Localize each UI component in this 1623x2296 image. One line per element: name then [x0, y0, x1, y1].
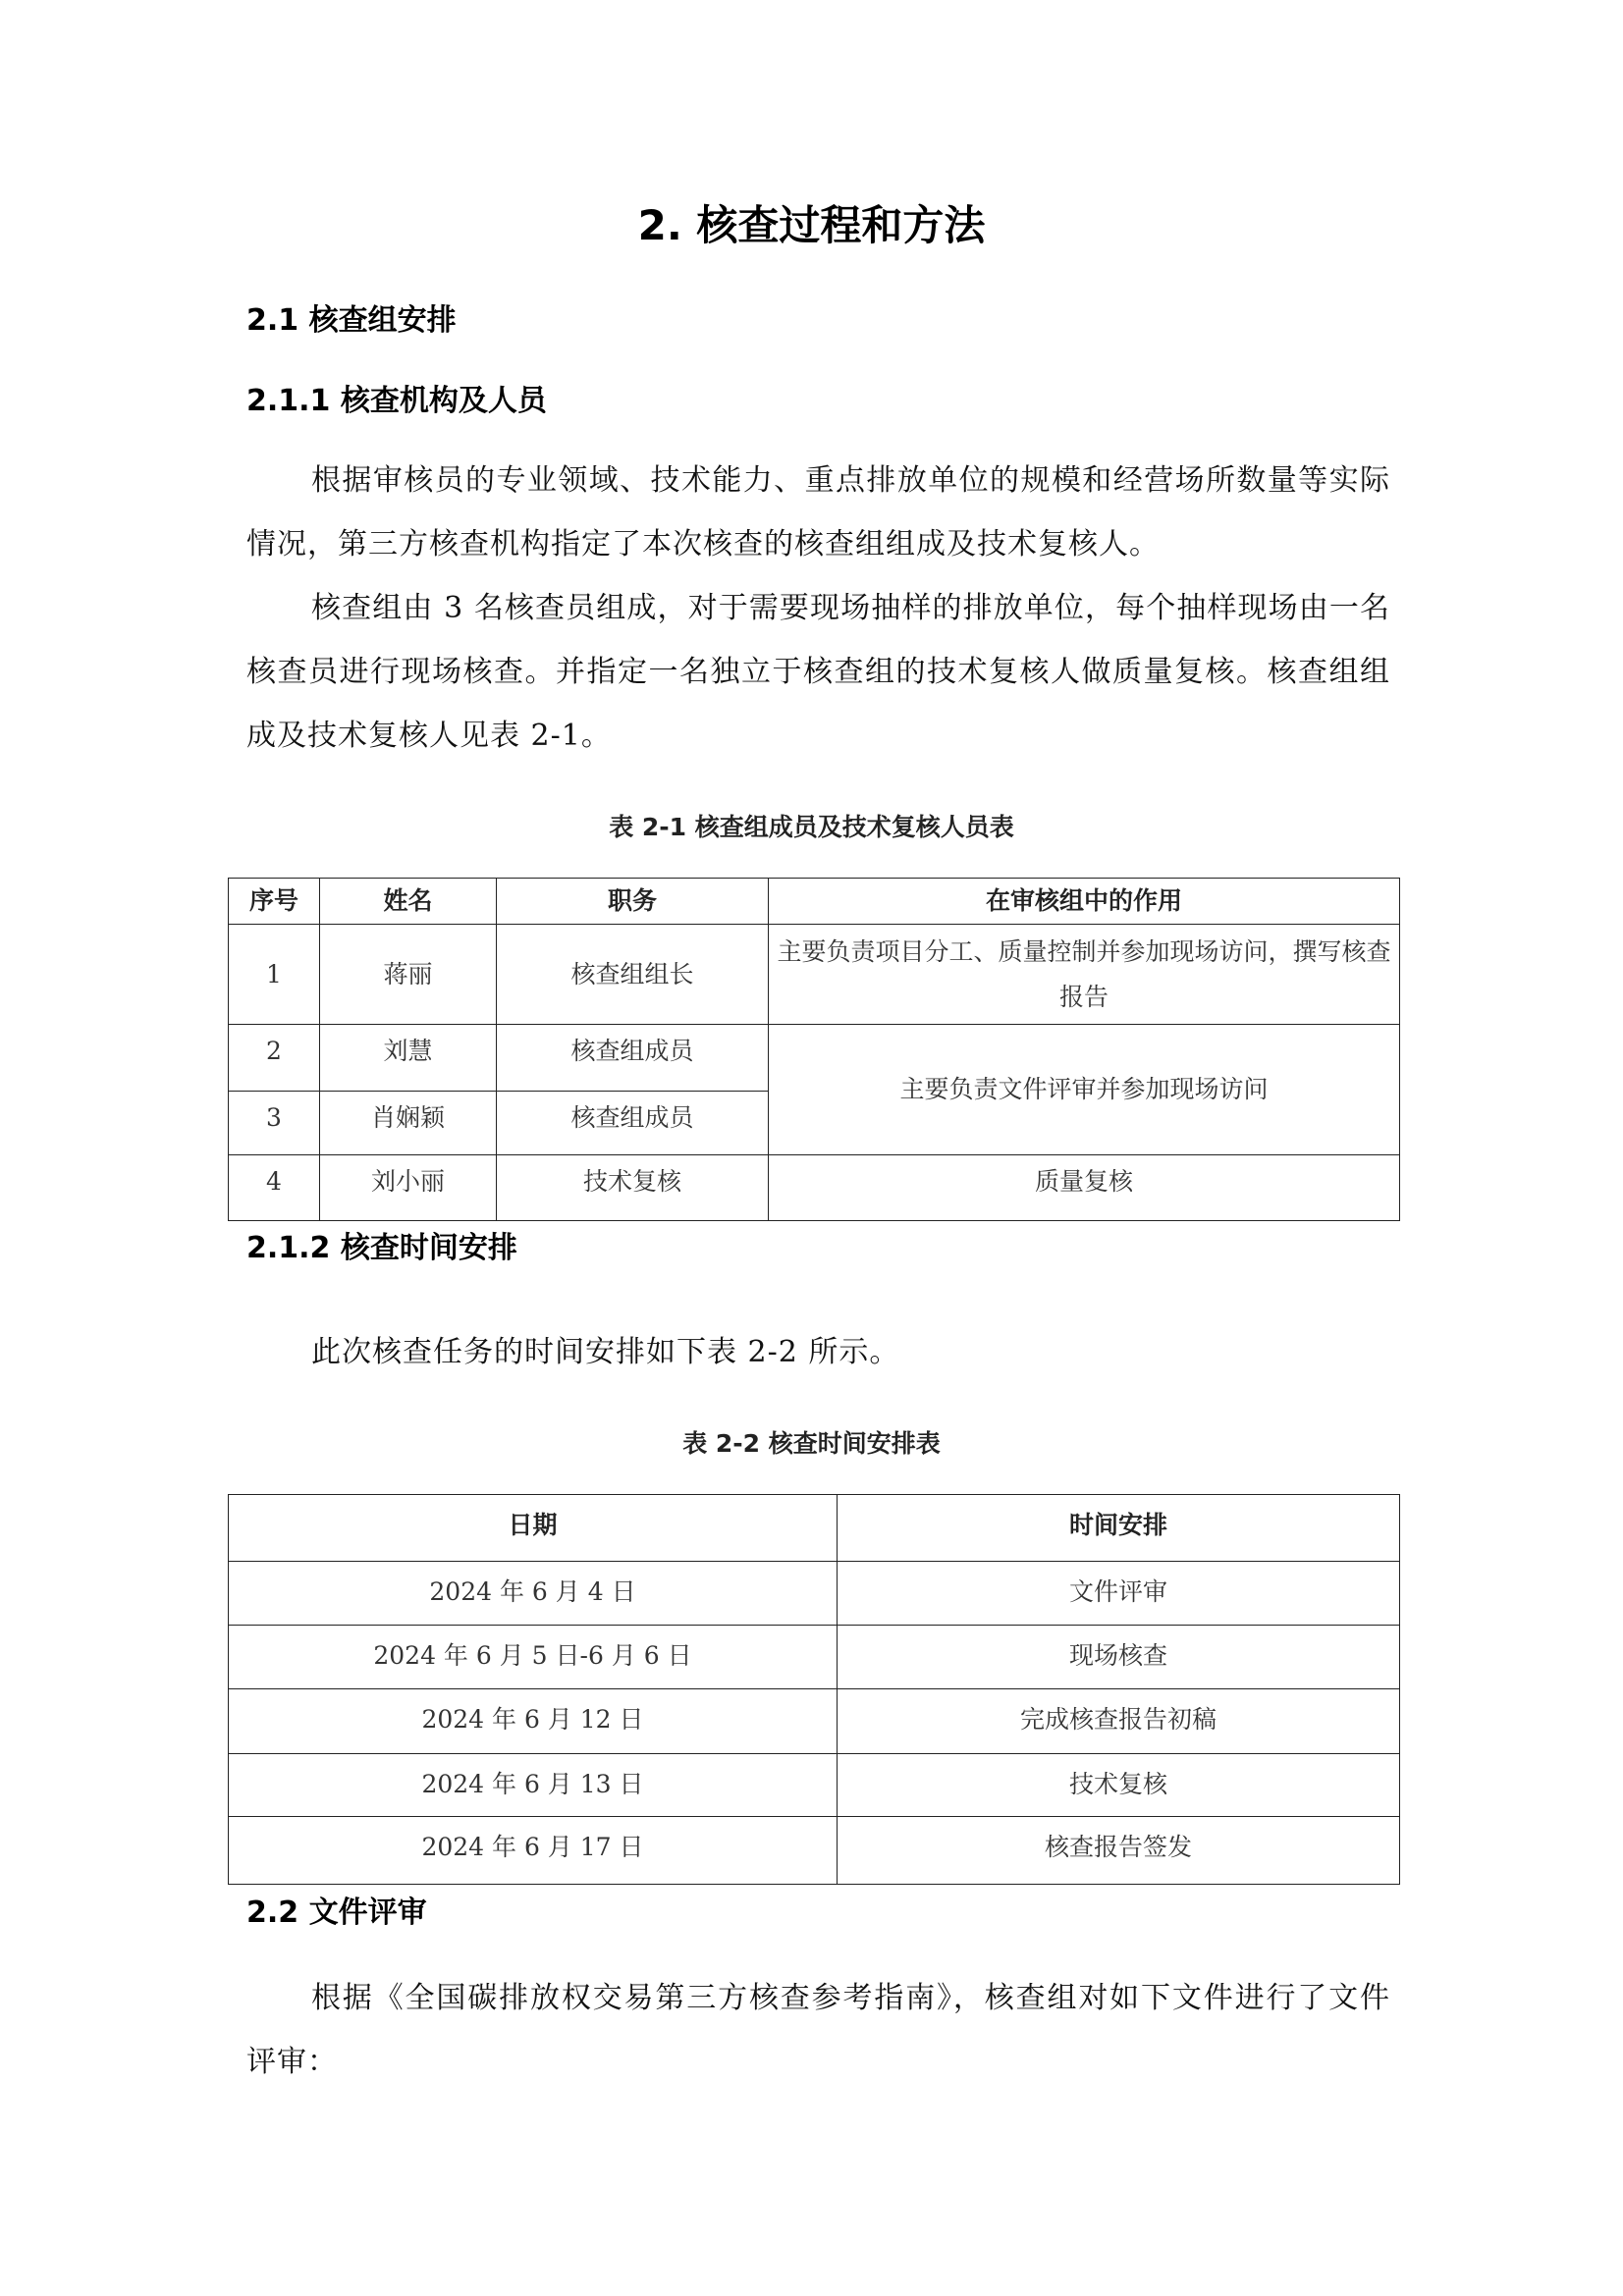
table-row: 4 刘小丽 技术复核 质量复核 [229, 1155, 1400, 1221]
table-row: 2024 年 6 月 5 日-6 月 6 日 现场核查 [229, 1626, 1400, 1689]
paragraph-document-review: 根据《全国碳排放权交易第三方核查参考指南》，核查组对如下文件进行了文件评审： [246, 1966, 1390, 2094]
section-heading-2-1: 2.1 核查组安排 [246, 301, 457, 341]
page-title: 2. 核查过程和方法 [0, 196, 1623, 255]
table-row: 2024 年 6 月 13 日 技术复核 [229, 1754, 1400, 1817]
cell-position: 核查组成员 [497, 1092, 769, 1155]
cell-date: 2024 年 6 月 12 日 [229, 1689, 838, 1754]
cell-name: 刘小丽 [320, 1155, 497, 1221]
cell-task: 现场核查 [838, 1626, 1400, 1689]
schedule-table: 日期 时间安排 2024 年 6 月 4 日 文件评审 2024 年 6 月 5… [228, 1494, 1400, 1885]
cell-no: 2 [229, 1025, 320, 1092]
cell-task: 完成核查报告初稿 [838, 1689, 1400, 1754]
cell-role: 质量复核 [769, 1155, 1400, 1221]
subsection-heading-2-1-1: 2.1.1 核查机构及人员 [246, 382, 547, 421]
cell-position: 核查组组长 [497, 925, 769, 1025]
table-header-row: 日期 时间安排 [229, 1495, 1400, 1562]
cell-date: 2024 年 6 月 5 日-6 月 6 日 [229, 1626, 838, 1689]
cell-name: 刘慧 [320, 1025, 497, 1092]
cell-date: 2024 年 6 月 17 日 [229, 1817, 838, 1885]
table-row: 1 蒋丽 核查组组长 主要负责项目分工、质量控制并参加现场访问，撰写核查报告 [229, 925, 1400, 1025]
cell-task: 文件评审 [838, 1562, 1400, 1626]
cell-position: 技术复核 [497, 1155, 769, 1221]
paragraph-team-basis: 根据审核员的专业领域、技术能力、重点排放单位的规模和经营场所数量等实际情况，第三… [246, 449, 1390, 576]
cell-task: 技术复核 [838, 1754, 1400, 1817]
cell-role-merged: 主要负责文件评审并参加现场访问 [769, 1025, 1400, 1155]
cell-position: 核查组成员 [497, 1025, 769, 1092]
cell-name: 肖娴颖 [320, 1092, 497, 1155]
table-row: 2024 年 6 月 12 日 完成核查报告初稿 [229, 1689, 1400, 1754]
column-header-position: 职务 [497, 879, 769, 925]
cell-role: 主要负责项目分工、质量控制并参加现场访问，撰写核查报告 [769, 925, 1400, 1025]
column-header-role: 在审核组中的作用 [769, 879, 1400, 925]
column-header-no: 序号 [229, 879, 320, 925]
table-row: 2024 年 6 月 17 日 核查报告签发 [229, 1817, 1400, 1885]
table-row: 2 刘慧 核查组成员 主要负责文件评审并参加现场访问 [229, 1025, 1400, 1092]
cell-name: 蒋丽 [320, 925, 497, 1025]
column-header-date: 日期 [229, 1495, 838, 1562]
table-2-1-caption: 表 2-1 核查组成员及技术复核人员表 [0, 810, 1623, 845]
cell-no: 4 [229, 1155, 320, 1221]
paragraph-schedule-intro: 此次核查任务的时间安排如下表 2-2 所示。 [246, 1320, 1390, 1384]
cell-no: 3 [229, 1092, 320, 1155]
paragraph-team-composition: 核查组由 3 名核查员组成，对于需要现场抽样的排放单位，每个抽样现场由一名核查员… [246, 576, 1390, 768]
subsection-heading-2-1-2: 2.1.2 核查时间安排 [246, 1229, 517, 1268]
cell-no: 1 [229, 925, 320, 1025]
cell-date: 2024 年 6 月 4 日 [229, 1562, 838, 1626]
table-header-row: 序号 姓名 职务 在审核组中的作用 [229, 879, 1400, 925]
table-row: 2024 年 6 月 4 日 文件评审 [229, 1562, 1400, 1626]
team-members-table: 序号 姓名 职务 在审核组中的作用 1 蒋丽 核查组组长 主要负责项目分工、质量… [228, 878, 1400, 1221]
column-header-task: 时间安排 [838, 1495, 1400, 1562]
cell-task: 核查报告签发 [838, 1817, 1400, 1885]
section-heading-2-2: 2.2 文件评审 [246, 1894, 427, 1933]
table-2-2-caption: 表 2-2 核查时间安排表 [0, 1426, 1623, 1462]
column-header-name: 姓名 [320, 879, 497, 925]
cell-date: 2024 年 6 月 13 日 [229, 1754, 838, 1817]
